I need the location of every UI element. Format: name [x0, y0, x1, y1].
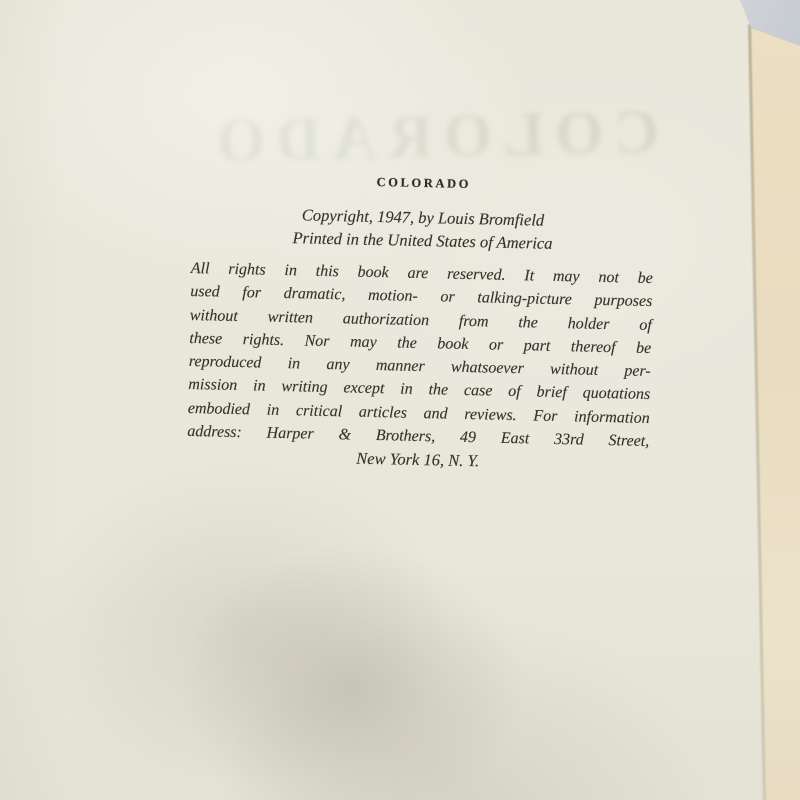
book-copyright-page-photo: COLORADO COLORADO Copyright, 1947, by Lo…: [0, 0, 800, 800]
copyright-text-block: COLORADO Copyright, 1947, by Louis Bromf…: [187, 171, 655, 477]
rights-paragraph: All rights in this book are reserved. It…: [187, 257, 653, 477]
